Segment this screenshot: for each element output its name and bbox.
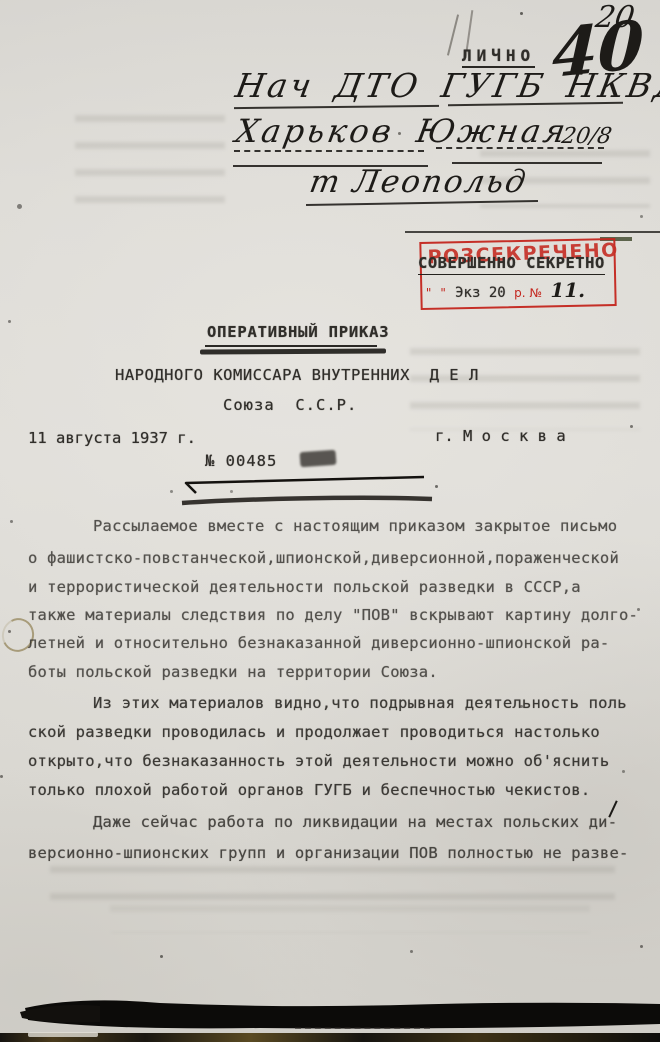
body-line: и террористической деятельности польской…: [28, 577, 581, 597]
copy-count: 20: [489, 285, 506, 301]
faint-dash-line: [295, 1027, 430, 1029]
stamp-copy-row: " " Экз 20 р. № 11.: [425, 278, 585, 302]
body-line: Из этих материалов видно,что подрывная д…: [28, 693, 627, 713]
ink-line: [405, 231, 660, 233]
body-line: Рассылаемое вместе с настоящим приказом …: [28, 516, 617, 536]
copy-number-handwritten: 11.: [550, 278, 585, 302]
scanned-document-page: 20 ЛИЧНО 40 Нач ДТО ГУГБ НКВД Харьков Юж…: [0, 0, 660, 1042]
commissar-line: НАРОДНОГО КОМИССАРА ВНУТРЕННИХ Д Е Л: [115, 366, 479, 384]
order-date: 11 августа 1937 г.: [28, 429, 196, 447]
title-underline-heavy: [200, 349, 386, 355]
bleedthrough-text-ghost: [110, 905, 590, 933]
body-line: ской разведки проводилась и продолжает п…: [28, 722, 600, 742]
body-line: летней и относительно безнаказанной диве…: [28, 633, 609, 653]
edge-highlight: [28, 1032, 98, 1037]
body-line: о фашистско-повстанческой,шпионской,диве…: [28, 548, 619, 568]
personal-label: ЛИЧНО: [462, 46, 535, 68]
body-line: открыто,что безнаказанность этой деятель…: [28, 751, 609, 771]
handwritten-addressee-line3: т Леопольд: [307, 164, 530, 200]
body-line: только плохой работой органов ГУГБ и бес…: [28, 780, 590, 800]
next-page-edge: [0, 1033, 660, 1042]
stamp-quote-marks: " ": [425, 286, 447, 300]
pen-check-strokes: [180, 466, 442, 510]
handwriting-underline: [436, 147, 604, 149]
body-line: версионно-шпионских групп и организации …: [28, 843, 629, 863]
ink-smudge: [300, 450, 337, 467]
copy-label: Экз: [455, 285, 480, 301]
body-line: боты польской разведки на территории Сою…: [28, 662, 438, 682]
stamp-year-label: р. №: [514, 286, 542, 300]
order-heading: ОПЕРАТИВНЫЙ ПРИКАЗ: [207, 323, 389, 341]
handwriting-underline: [234, 150, 424, 152]
title-underline-thin: [205, 345, 377, 347]
body-line: Даже сейчас работа по ликвидации на мест…: [28, 812, 617, 832]
pencil-mark: [447, 14, 459, 55]
handwritten-date-fraction: 20/8: [560, 124, 614, 149]
handwritten-addressee-line1: Нач ДТО ГУГБ НКВД: [233, 66, 660, 105]
union-line: Союза С.С.Р.: [223, 396, 357, 414]
bleedthrough-text-ghost: [410, 348, 640, 430]
ink-specks: [520, 12, 523, 15]
handwriting-underline: [234, 105, 439, 109]
bleedthrough-text-ghost: [50, 866, 615, 900]
handwritten-addressee-line2: Харьков Южная: [233, 112, 572, 150]
order-city: г. М о с к в а: [435, 427, 566, 445]
body-line: также материалы следствия по делу "ПОВ" …: [28, 605, 638, 625]
top-secret-label: СОВЕРШЕННО СЕКРЕТНО: [418, 254, 605, 275]
bleedthrough-text-ghost: [75, 115, 225, 210]
